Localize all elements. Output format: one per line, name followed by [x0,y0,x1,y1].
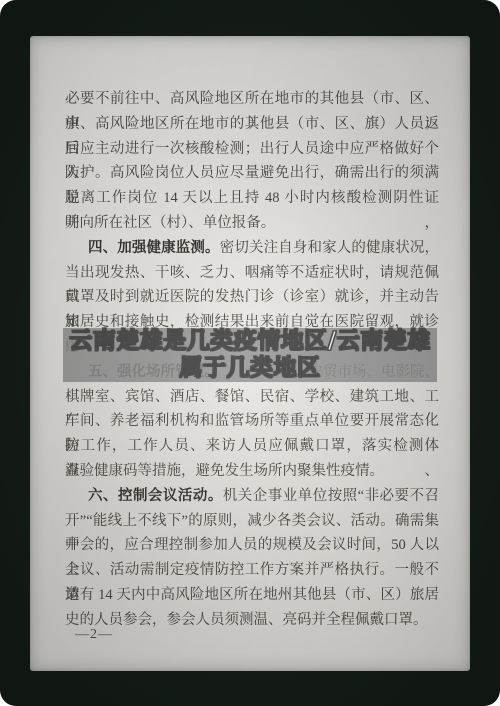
doc-line-text: 密切关注自身和家人的健康状况， [220,240,439,256]
doc-line: 控工作，工作人员、来访人员应佩戴口罩，落实检测体温、 [65,434,439,459]
doc-line: 当出现发热、干咳、乏力、咽痛等不适症状时，请规范佩戴 [65,261,439,286]
photo-frame: 必要不前往中、高风险地区所在地市的其他县（市、区、旗）； 中、高风险地区所在地市… [0,0,500,706]
doc-line: 查验健康码等措施，避免发生场所内聚集性疫情。 [65,459,439,484]
doc-line: 开”“能线上不线下”的原则，减少各类会议、活动。确需集中 [65,509,439,534]
doc-line: 脱离工作岗位 14 天以上且持 48 小时内核酸检测阴性证明， [65,186,439,211]
doc-line: 棋牌室、宾馆、酒店、餐馆、民宿、学校、建筑工地、工厂 [65,385,439,410]
caption-title-line1: 云南楚雄是几类疫情地区/云南楚雄 [63,328,437,355]
doc-line: 车间、养老福利机构和监管场所等重点单位要开展常态化防 [65,409,439,434]
doc-line: 必要不前往中、高风险地区所在地市的其他县（市、区、旗）； [65,87,439,112]
caption-title-line2: 属于几类地区 [63,355,437,382]
doc-line: 请有 14 天内中高风险地区所在地州其他县（市、区）旅居 [65,583,439,608]
doc-line: 开会的，应合理控制参加人员的规模及会议时间，50 人以上 [65,533,439,558]
doc-line: 后应主动进行一次核酸检测；出行人员途中应严格做好个人 [65,137,439,162]
doc-line-text: 机关企事业单位按照“非必要不召 [223,488,439,504]
doc-line: 中、高风险地区所在地市的其他县（市、区、旗）人员返回 [65,112,439,137]
doc-line: 口罩及时到就近医院的发热门诊（诊室）就诊，并主动告知 [65,285,439,310]
caption-overlay: 云南楚雄是几类疫情地区/云南楚雄 属于几类地区 [63,328,437,382]
doc-line: 防护。高风险岗位人员应尽量避免出行，确需出行的须满足 [65,161,439,186]
doc-line: 会议、活动需制定疫情防控工作方案并严格执行。一般不邀 [65,558,439,583]
page-number: —2— [75,627,113,643]
heading-label: 六、控制会议活动。 [88,488,223,504]
doc-line-heading-6: 六、控制会议活动。机关企事业单位按照“非必要不召 [65,484,439,509]
doc-line: 史的人员参会，参会人员须测温、亮码并全程佩戴口罩。 [65,608,439,633]
doc-line-heading-4: 四、加强健康监测。密切关注自身和家人的健康状况， [65,236,439,261]
heading-label: 四、加强健康监测。 [88,240,220,256]
